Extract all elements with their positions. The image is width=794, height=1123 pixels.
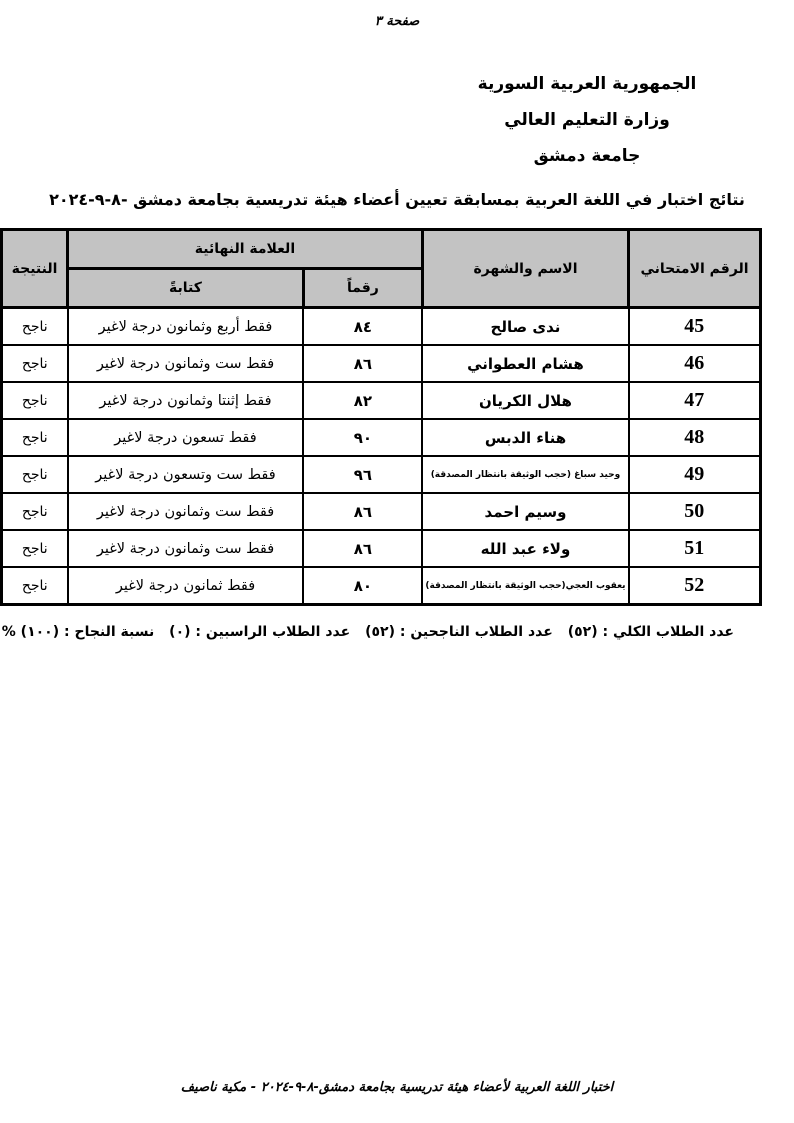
result-cell: ناجح [2, 530, 68, 567]
numeric-grade-cell: ٩٠ [303, 419, 422, 456]
numeric-grade-cell: ٨٠ [303, 567, 422, 605]
exam-number-cell: 50 [629, 493, 761, 530]
numeric-grade-cell: ٩٦ [303, 456, 422, 493]
result-cell: ناجح [2, 493, 68, 530]
table-row: 50 وسيم احمد ٨٦ فقط ست وثمانون درجة لاغي… [2, 493, 761, 530]
numeric-grade-cell: ٨٦ [303, 530, 422, 567]
table-row: 52 يعقوب العجي(حجب الوثيقة بانتظار المصد… [2, 567, 761, 605]
result-cell: ناجح [2, 382, 68, 419]
exam-number-cell: 45 [629, 308, 761, 346]
written-grade-cell: فقط تسعون درجة لاغير [68, 419, 304, 456]
summary-failed: عدد الطلاب الراسبين : (٠) [169, 624, 350, 640]
exam-number-cell: 51 [629, 530, 761, 567]
results-table-body: 45 ندى صالح ٨٤ فقط أربع وثمانون درجة لاغ… [2, 308, 761, 605]
header-exam-number: الرقم الامتحاني [629, 230, 761, 308]
result-cell: ناجح [2, 345, 68, 382]
name-cell: هشام العطواني [422, 345, 628, 382]
header-result: النتيجة [2, 230, 68, 308]
result-cell: ناجح [2, 308, 68, 346]
header-country: الجمهورية العربية السورية [432, 66, 742, 102]
result-cell: ناجح [2, 456, 68, 493]
exam-number-cell: 47 [629, 382, 761, 419]
summary-pass-rate: نسبة النجاح : (١٠٠) % [2, 624, 155, 640]
page-footer: اختبار اللغة العربية لأعضاء هيئة تدريسية… [0, 1080, 794, 1095]
result-cell: ناجح [2, 567, 68, 605]
written-grade-cell: فقط ست وثمانون درجة لاغير [68, 530, 304, 567]
table-row: 49 وحيد سباغ (حجب الوثيقة بانتظار المصدق… [2, 456, 761, 493]
table-row: 48 هناء الدبس ٩٠ فقط تسعون درجة لاغير نا… [2, 419, 761, 456]
document-page: { "page": { "page_label": "صفحة ٣", "foo… [0, 0, 794, 1123]
results-table: الرقم الامتحاني الاسم والشهرة العلامة ال… [0, 228, 762, 606]
header-university: جامعة دمشق [432, 138, 742, 174]
summary-total: عدد الطلاب الكلي : (٥٢) [568, 624, 734, 640]
numeric-grade-cell: ٨٤ [303, 308, 422, 346]
name-cell: وحيد سباغ (حجب الوثيقة بانتظار المصدقة) [422, 456, 628, 493]
numeric-grade-cell: ٨٢ [303, 382, 422, 419]
summary-line: عدد الطلاب الكلي : (٥٢) عدد الطلاب الناج… [60, 624, 734, 640]
exam-number-cell: 46 [629, 345, 761, 382]
exam-number-cell: 52 [629, 567, 761, 605]
government-header: الجمهورية العربية السورية وزارة التعليم … [432, 66, 742, 174]
header-final-grade: العلامة النهائية [68, 230, 423, 269]
table-row: 45 ندى صالح ٨٤ فقط أربع وثمانون درجة لاغ… [2, 308, 761, 346]
header-written-grade: كتابةً [68, 269, 304, 308]
name-cell: هلال الكريان [422, 382, 628, 419]
header-numeric-grade: رقماً [303, 269, 422, 308]
name-cell: هناء الدبس [422, 419, 628, 456]
name-cell: ولاء عبد الله [422, 530, 628, 567]
header-ministry: وزارة التعليم العالي [432, 102, 742, 138]
written-grade-cell: فقط ست وتسعون درجة لاغير [68, 456, 304, 493]
result-cell: ناجح [2, 419, 68, 456]
header-name: الاسم والشهرة [422, 230, 628, 308]
name-cell: ندى صالح [422, 308, 628, 346]
document-title: نتائج اختبار في اللغة العربية بمسابقة تع… [45, 190, 749, 209]
results-table-header: الرقم الامتحاني الاسم والشهرة العلامة ال… [2, 230, 761, 308]
summary-passed: عدد الطلاب الناجحين : (٥٢) [365, 624, 553, 640]
written-grade-cell: فقط إثنتا وثمانون درجة لاغير [68, 382, 304, 419]
written-grade-cell: فقط أربع وثمانون درجة لاغير [68, 308, 304, 346]
page-number-label: صفحة ٣ [0, 14, 794, 29]
table-row: 51 ولاء عبد الله ٨٦ فقط ست وثمانون درجة … [2, 530, 761, 567]
exam-number-cell: 48 [629, 419, 761, 456]
numeric-grade-cell: ٨٦ [303, 345, 422, 382]
written-grade-cell: فقط ثمانون درجة لاغير [68, 567, 304, 605]
name-cell: وسيم احمد [422, 493, 628, 530]
written-grade-cell: فقط ست وثمانون درجة لاغير [68, 345, 304, 382]
table-row: 46 هشام العطواني ٨٦ فقط ست وثمانون درجة … [2, 345, 761, 382]
exam-number-cell: 49 [629, 456, 761, 493]
written-grade-cell: فقط ست وثمانون درجة لاغير [68, 493, 304, 530]
table-row: 47 هلال الكريان ٨٢ فقط إثنتا وثمانون درج… [2, 382, 761, 419]
numeric-grade-cell: ٨٦ [303, 493, 422, 530]
name-cell: يعقوب العجي(حجب الوثيقة بانتظار المصدقة) [422, 567, 628, 605]
